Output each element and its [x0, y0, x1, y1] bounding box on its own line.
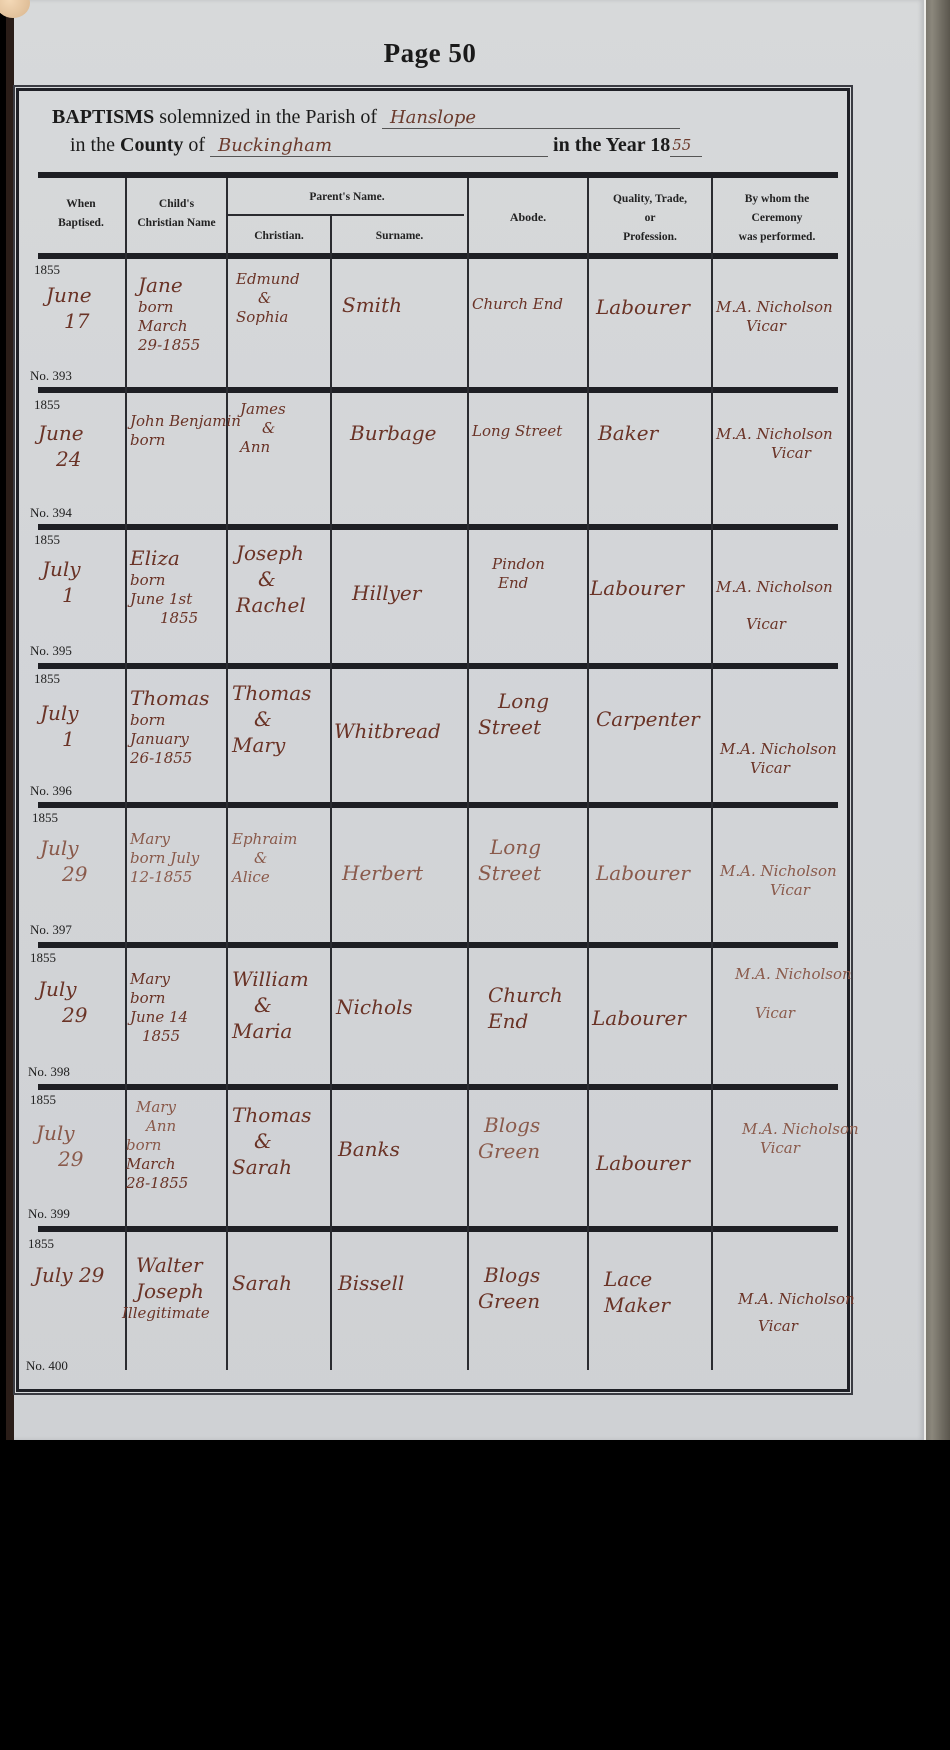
entry-abode: Blogs Green	[478, 1262, 540, 1314]
entry-child: Mary born June 14 1855	[130, 970, 188, 1046]
entry-child: Mary born July 12-1855	[130, 830, 199, 887]
header-line: Quality, Trade,	[589, 190, 711, 209]
row-divider	[38, 942, 838, 948]
child-name: Joseph	[122, 1278, 210, 1304]
header-quality: Quality, Trade, or Profession.	[589, 190, 711, 247]
abode-line: Blogs	[478, 1262, 540, 1288]
child-name: Mary	[130, 970, 188, 989]
child-note: January	[130, 730, 209, 749]
header-bottom-rule	[38, 253, 838, 259]
header-line: Child's	[127, 195, 226, 214]
parent-and: &	[236, 289, 300, 308]
child-note: June 1st	[130, 590, 198, 609]
officiant-name: M.A. Nicholson	[720, 740, 837, 759]
entry-child: John Benjamin born	[130, 412, 241, 450]
officiant-name: M.A. Nicholson	[742, 1120, 859, 1139]
child-note: March	[138, 317, 200, 336]
entry-number: No. 393	[30, 368, 72, 384]
date-day: 1	[42, 582, 81, 608]
entry-year: 1855	[34, 671, 60, 687]
date-day: 17	[46, 308, 92, 334]
entry-date: June 17	[46, 282, 92, 334]
entry-abode: Long Street	[478, 834, 541, 886]
officiant-title: Vicar	[716, 317, 833, 336]
column-rule	[467, 178, 469, 1370]
parent-name: Rachel	[236, 592, 306, 618]
abode-line: End	[488, 1008, 563, 1034]
child-note: 1855	[130, 609, 198, 628]
child-note: born July	[130, 849, 199, 868]
header-abode: Abode.	[469, 208, 587, 227]
date-month: July	[38, 976, 87, 1002]
entry-surname: Herbert	[342, 860, 423, 886]
entry-date: July 29	[34, 1262, 104, 1288]
entry-surname: Nichols	[336, 994, 413, 1020]
entry-number: No. 394	[30, 505, 72, 521]
date-day: 24	[38, 446, 84, 472]
parent-name: Ann	[240, 438, 286, 457]
entry-parent-christian: Ephraim & Alice	[232, 830, 297, 887]
child-name: John Benjamin	[130, 412, 241, 431]
heading-in-the: in the	[70, 134, 115, 156]
entry-abode: Long Street	[472, 422, 562, 441]
entry-parent-christian: Sarah	[232, 1270, 292, 1296]
year-field: 55	[670, 136, 702, 157]
child-note: June 14	[130, 1008, 188, 1027]
entry-child: Eliza born June 1st 1855	[130, 545, 198, 628]
header-line: Ceremony	[713, 209, 841, 228]
entry-number: No. 399	[28, 1206, 70, 1222]
entry-quality: Carpenter	[596, 706, 700, 732]
entry-by-whom: M.A. Nicholson Vicar	[735, 965, 852, 1023]
entry-date: July 29	[36, 1120, 83, 1172]
date-day: 1	[40, 726, 79, 752]
column-rule	[711, 178, 713, 1370]
parent-and: &	[236, 566, 306, 592]
entry-parent-christian: Thomas & Mary	[232, 680, 311, 758]
entry-number: No. 400	[26, 1358, 68, 1374]
entry-number: No. 395	[30, 643, 72, 659]
parent-name: Sarah	[232, 1270, 292, 1296]
officiant-title: Vicar	[720, 759, 837, 778]
column-rule	[226, 178, 228, 1370]
page-edge	[6, 0, 14, 1440]
entry-year: 1855	[28, 1236, 54, 1252]
parent-and: &	[232, 849, 297, 868]
abode-line: Green	[478, 1138, 540, 1164]
entry-date: July 1	[42, 556, 81, 608]
header-top-rule	[38, 172, 838, 178]
header-when-baptised: When Baptised.	[38, 195, 124, 233]
child-name: Mary	[130, 830, 199, 849]
child-note: 28-1855	[126, 1174, 188, 1193]
county-field: Buckingham	[210, 135, 548, 157]
header-parent-surname: Surname.	[332, 227, 467, 246]
entry-parent-christian: Joseph & Rachel	[236, 540, 306, 618]
row-divider	[38, 663, 838, 669]
child-name: Mary	[126, 1098, 188, 1117]
abode-line: Street	[478, 860, 541, 886]
parent-and: &	[232, 706, 311, 732]
header-line: Christian Name	[127, 214, 226, 233]
entry-surname: Bissell	[338, 1270, 404, 1296]
parent-name: Alice	[232, 868, 297, 887]
parent-name: Joseph	[236, 540, 306, 566]
abode-line: End	[492, 574, 545, 593]
entry-date: June 24	[38, 420, 84, 472]
parent-name: Sarah	[232, 1154, 311, 1180]
officiant-title: Vicar	[716, 444, 833, 463]
entry-year: 1855	[34, 397, 60, 413]
entry-quality: Lace Maker	[604, 1266, 704, 1318]
child-note: 26-1855	[130, 749, 209, 768]
entry-date: July 29	[38, 976, 87, 1028]
parent-name: William	[232, 966, 309, 992]
entry-quality: Labourer	[592, 1005, 686, 1031]
parents-subheader-rule	[228, 214, 464, 216]
heading-year-label: in the Year 18	[553, 134, 670, 156]
header-line: or	[589, 209, 711, 228]
officiant-name: M.A. Nicholson	[735, 965, 852, 984]
date-day: 29	[40, 861, 87, 887]
header-line: When	[38, 195, 124, 214]
parent-and: &	[232, 992, 309, 1018]
parent-and: &	[232, 1128, 311, 1154]
entry-surname: Whitbread	[334, 718, 441, 744]
heading-county-label: County	[120, 134, 183, 156]
child-note: March	[126, 1155, 188, 1174]
entry-child: Walter Joseph Illegitimate	[122, 1252, 210, 1323]
parent-name: Sophia	[236, 308, 300, 327]
entry-abode: Church End	[472, 295, 563, 314]
heading-baptisms: BAPTISMS	[52, 106, 154, 128]
date-month: July	[36, 1120, 83, 1146]
parent-name: Ephraim	[232, 830, 297, 849]
entry-by-whom: M.A. Nicholson Vicar	[742, 1120, 859, 1158]
abode-line: Long	[478, 834, 541, 860]
entry-surname: Hillyer	[352, 580, 421, 606]
heading-of: of	[188, 134, 205, 156]
abode-line: Blogs	[478, 1112, 540, 1138]
date-day: 29	[36, 1146, 83, 1172]
entry-year: 1855	[34, 532, 60, 548]
entry-by-whom: M.A. Nicholson Vicar	[738, 1290, 855, 1336]
header-line: By whom the	[713, 190, 841, 209]
heading-line-2: in the County of Buckingham in the Year …	[70, 134, 702, 157]
child-note: 12-1855	[130, 868, 199, 887]
date-month: June	[46, 282, 92, 308]
date-month: July	[40, 835, 87, 861]
child-note: born	[130, 989, 188, 1008]
header-line: was performed.	[713, 228, 841, 247]
entry-number: No. 396	[30, 783, 72, 799]
parent-and: &	[240, 419, 286, 438]
officiant-title: Vicar	[720, 881, 837, 900]
child-note: born	[130, 431, 241, 450]
child-name: Ann	[126, 1117, 188, 1136]
thumb	[0, 0, 30, 18]
officiant-name: M.A. Nicholson	[720, 862, 837, 881]
column-rule	[587, 178, 589, 1370]
entry-year: 1855	[30, 1092, 56, 1108]
entry-by-whom: M.A. Nicholson Vicar	[720, 740, 837, 778]
child-note: 29-1855	[138, 336, 200, 355]
child-note: Illegitimate	[122, 1304, 210, 1323]
entry-abode: Blogs Green	[478, 1112, 540, 1164]
abode-line: Street	[478, 714, 549, 740]
child-note: born	[130, 711, 209, 730]
header-child-name: Child's Christian Name	[127, 195, 226, 233]
heading-text: solemnized in the Parish of	[159, 106, 377, 128]
entry-child: Jane born March 29-1855	[138, 272, 200, 355]
entry-by-whom: M.A. Nicholson Vicar	[716, 298, 833, 336]
parent-name: Mary	[232, 732, 311, 758]
entry-child: Thomas born January 26-1855	[130, 685, 209, 768]
parish-field: Hanslope	[382, 107, 680, 129]
officiant-name: M.A. Nicholson	[716, 578, 833, 597]
entry-by-whom: M.A. Nicholson Vicar	[720, 862, 837, 900]
abode-line: Green	[478, 1288, 540, 1314]
entry-quality: Baker	[598, 420, 658, 446]
officiant-name: M.A. Nicholson	[716, 298, 833, 317]
entry-by-whom: M.A. Nicholson Vicar	[716, 425, 833, 463]
entry-parent-christian: Thomas & Sarah	[232, 1102, 311, 1180]
date-day: 29	[38, 1002, 87, 1028]
child-note: 1855	[130, 1027, 188, 1046]
row-divider	[38, 524, 838, 530]
entry-date: July 1	[40, 700, 79, 752]
parent-name: Edmund	[236, 270, 300, 289]
entry-abode: Church End	[488, 982, 563, 1034]
header-parent-christian: Christian.	[228, 227, 330, 246]
entry-by-whom: M.A. Nicholson Vicar	[716, 578, 833, 634]
parent-name: Maria	[232, 1018, 309, 1044]
entry-surname: Banks	[338, 1136, 400, 1162]
child-note: born	[130, 571, 198, 590]
entry-surname: Burbage	[350, 420, 437, 446]
child-name: Walter	[122, 1252, 210, 1278]
entry-parent-christian: Edmund & Sophia	[236, 270, 300, 327]
child-note: born	[126, 1136, 188, 1155]
entry-year: 1855	[32, 810, 58, 826]
row-divider	[38, 387, 838, 393]
child-name: Jane	[138, 272, 200, 298]
abode-line: Pindon	[492, 555, 545, 574]
child-note: born	[138, 298, 200, 317]
column-rule	[330, 215, 332, 1370]
abode-line: Church	[488, 982, 563, 1008]
entry-abode: Pindon End	[492, 555, 545, 593]
abode-line: Long	[478, 688, 549, 714]
date-month: July	[42, 556, 81, 582]
entry-year: 1855	[34, 262, 60, 278]
entry-number: No. 397	[30, 922, 72, 938]
entry-quality: Labourer	[596, 294, 690, 320]
header-line: Baptised.	[38, 214, 124, 233]
entry-quality: Labourer	[590, 575, 684, 601]
officiant-name: M.A. Nicholson	[738, 1290, 855, 1309]
entry-number: No. 398	[28, 1064, 70, 1080]
parent-name: James	[240, 400, 286, 419]
header-by-whom: By whom the Ceremony was performed.	[713, 190, 841, 247]
row-divider	[38, 1226, 838, 1232]
entry-parent-christian: William & Maria	[232, 966, 309, 1044]
entry-surname: Smith	[342, 292, 402, 318]
child-name: Eliza	[130, 545, 198, 571]
officiant-title: Vicar	[742, 1139, 859, 1158]
officiant-title: Vicar	[735, 1004, 852, 1023]
row-divider	[38, 802, 838, 808]
entry-abode: Long Street	[478, 688, 549, 740]
officiant-name: M.A. Nicholson	[716, 425, 833, 444]
entry-date: July 29	[40, 835, 87, 887]
parent-name: Thomas	[232, 1102, 311, 1128]
entry-quality: Labourer	[596, 860, 690, 886]
entry-child: Mary Ann born March 28-1855	[126, 1098, 188, 1193]
entry-parent-christian: James & Ann	[240, 400, 286, 457]
entry-quality: Labourer	[596, 1150, 690, 1176]
officiant-title: Vicar	[716, 615, 833, 634]
heading-line-1: BAPTISMS solemnized in the Parish of Han…	[52, 106, 680, 129]
officiant-title: Vicar	[738, 1317, 855, 1336]
header-parents-name: Parent's Name.	[228, 188, 466, 207]
parent-name: Thomas	[232, 680, 311, 706]
date-month: June	[38, 420, 84, 446]
header-line: Profession.	[589, 228, 711, 247]
entry-year: 1855	[30, 950, 56, 966]
page-title: Page 50	[0, 38, 860, 69]
date-month: July	[40, 700, 79, 726]
date-month: July 29	[34, 1262, 104, 1288]
child-name: Thomas	[130, 685, 209, 711]
row-divider	[38, 1084, 838, 1090]
